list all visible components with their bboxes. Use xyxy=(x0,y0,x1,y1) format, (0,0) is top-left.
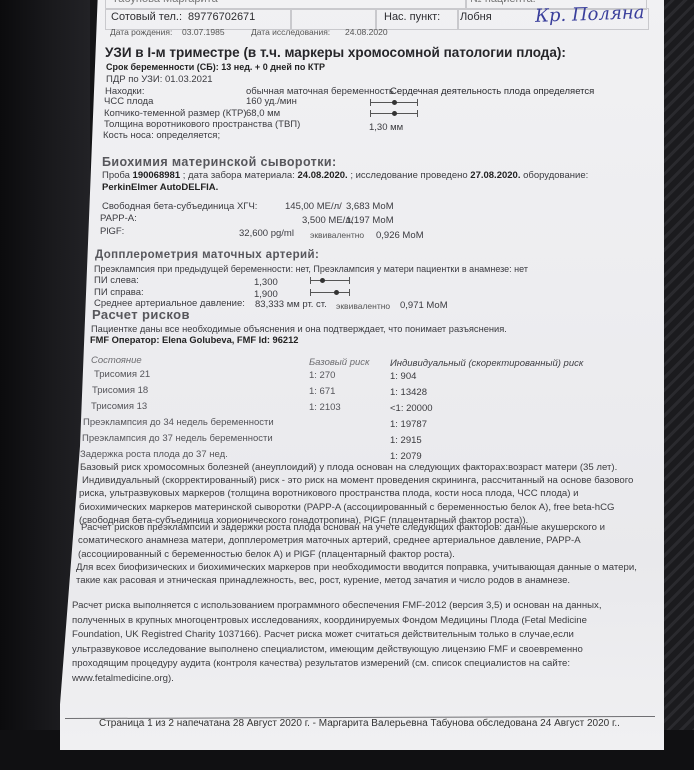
crl-label: Копчико-теменной размер (КТР) xyxy=(104,108,247,119)
risk-individual: <1: 20000 xyxy=(390,403,433,414)
patient-name-partial: Табунова Маргарита xyxy=(112,0,218,5)
pi-right-scale-marker xyxy=(334,290,339,295)
sample-line: Проба 190068981 ; дата забора материала:… xyxy=(102,170,588,181)
analysis-date: 27.08.2020. xyxy=(470,170,520,181)
pi-left-label: ПИ слева: xyxy=(94,275,139,286)
nt-label: Толщина воротникового пространства (ТВП) xyxy=(104,119,300,130)
nasal-bone: Кость носа: определяется; xyxy=(103,130,220,141)
nt-value: 1,30 мм xyxy=(369,122,403,133)
risk-individual: 1: 13428 xyxy=(390,387,427,398)
fhr-scale xyxy=(370,98,418,106)
phone-value: 89776702671 xyxy=(188,11,255,23)
col-condition: Состояние xyxy=(91,355,142,366)
doppler-title: Допплерометрия маточных артерий: xyxy=(95,249,319,261)
patient-no-partial: № пациента: xyxy=(470,0,536,5)
pappa-label: PAPP-A: xyxy=(100,213,137,224)
collection-label: ; дата забора материала: xyxy=(183,170,295,181)
consent: Пациентке даны все необходимые объяснени… xyxy=(91,324,507,334)
risk-individual: 1: 904 xyxy=(390,371,416,382)
note-individual-risk: Индивидуальный (скорректированный) риск … xyxy=(79,474,639,528)
exam-date-value: 24.08.2020 xyxy=(345,27,388,37)
equipment-label: оборудование: xyxy=(523,170,588,181)
col-base-risk: Базовый риск xyxy=(309,357,370,368)
pappa-mom: 1,197 МоМ xyxy=(346,215,394,226)
gestation: Срок беременности (СБ): 13 нед. + 0 дней… xyxy=(106,62,325,72)
fhr-value: 160 уд./мин xyxy=(246,96,297,107)
footer-text: Страница 1 из 2 напечатана 28 Август 202… xyxy=(99,718,620,729)
pi-right-scale xyxy=(310,288,350,296)
dob-label: Дата рождения: xyxy=(110,27,172,37)
analysis-label: ; исследование проведено xyxy=(350,170,467,181)
risk-condition: Трисомия 13 xyxy=(91,401,147,412)
fhr-label: ЧСС плода xyxy=(104,96,153,107)
risk-base: 1: 2103 xyxy=(309,402,341,413)
handwritten-note: Кр. Поляна xyxy=(535,2,645,27)
crl-scale-marker xyxy=(392,111,397,116)
collection-date: 24.08.2020. xyxy=(298,170,348,181)
plgf-equiv: эквивалентно xyxy=(310,230,364,240)
exam-date-label: Дата исследования: xyxy=(251,27,330,37)
biochem-title: Биохимия материнской сыворотки: xyxy=(102,155,337,169)
hcg-label: Свободная бета-субъединица ХГЧ: xyxy=(102,201,257,212)
risk-condition: Трисомия 18 xyxy=(92,385,148,396)
note-software: Расчет риска выполняется с использование… xyxy=(72,599,632,686)
risks-title: Расчет рисков xyxy=(92,307,190,322)
operator: FMF Оператор: Elena Golubeva, FMF Id: 96… xyxy=(90,335,298,345)
hcg-mom: 3,683 МоМ xyxy=(346,201,394,212)
plgf-mom: 0,926 МоМ xyxy=(376,230,424,241)
plgf-value: 32,600 pg/ml xyxy=(239,228,294,239)
risk-base: 1: 671 xyxy=(309,386,335,397)
heart-activity: Сердечная деятельность плода определяетс… xyxy=(390,86,594,97)
risk-condition: Трисомия 21 xyxy=(94,369,150,380)
doppler-history: Преэклампсия при предыдущей беременности… xyxy=(94,264,528,274)
pi-left-scale-marker xyxy=(320,278,325,283)
equipment: PerkinElmer AutoDELFIA. xyxy=(102,182,218,193)
risk-individual: 1: 2915 xyxy=(390,435,422,446)
plgf-label: PlGF: xyxy=(100,226,124,237)
hcg-value: 145,00 МЕ/л/ xyxy=(285,201,342,212)
risk-condition: Задержка роста плода до 37 нед. xyxy=(80,449,228,460)
dob-value: 03.07.1985 xyxy=(182,27,225,37)
note-corrections: Для всех биофизических и биохимических м… xyxy=(76,561,641,588)
pi-left-scale xyxy=(310,276,350,284)
phone-label: Сотовый тел.: xyxy=(111,11,182,23)
risk-condition: Преэклампсия до 37 недель беременности xyxy=(82,433,273,444)
map-mom: 0,971 МоМ xyxy=(400,300,448,311)
note-preeclampsia: Расчет рисков преэклампсии и задержки ро… xyxy=(78,521,638,561)
sample-prefix: Проба xyxy=(102,170,130,181)
risk-base: 1: 270 xyxy=(309,370,335,381)
risk-condition: Преэклампсия до 34 недель беременности xyxy=(83,417,274,428)
pi-left-value: 1,300 xyxy=(254,277,278,288)
pi-right-label: ПИ справа: xyxy=(94,287,144,298)
fhr-scale-marker xyxy=(392,100,397,105)
map-equiv: эквивалентно xyxy=(336,301,390,311)
col-individual-risk: Индивидуальный (скоректированный) риск xyxy=(390,358,583,369)
note-base-risk: Базовый риск хромосомных болезней (анеуп… xyxy=(80,461,640,474)
crl-value: 68,0 мм xyxy=(246,108,280,119)
crl-scale xyxy=(370,109,418,117)
locality-label: Нас. пункт: xyxy=(384,11,440,23)
locality-value: Лобня xyxy=(460,11,492,23)
ultrasound-title: УЗИ в I-м триместре (в т.ч. маркеры хром… xyxy=(105,45,566,60)
map-value: 83,333 мм рт. ст. xyxy=(255,299,327,310)
edd: ПДР по УЗИ: 01.03.2021 xyxy=(106,74,213,85)
risk-individual: 1: 19787 xyxy=(390,419,427,430)
sample-id: 190068981 xyxy=(133,170,181,181)
